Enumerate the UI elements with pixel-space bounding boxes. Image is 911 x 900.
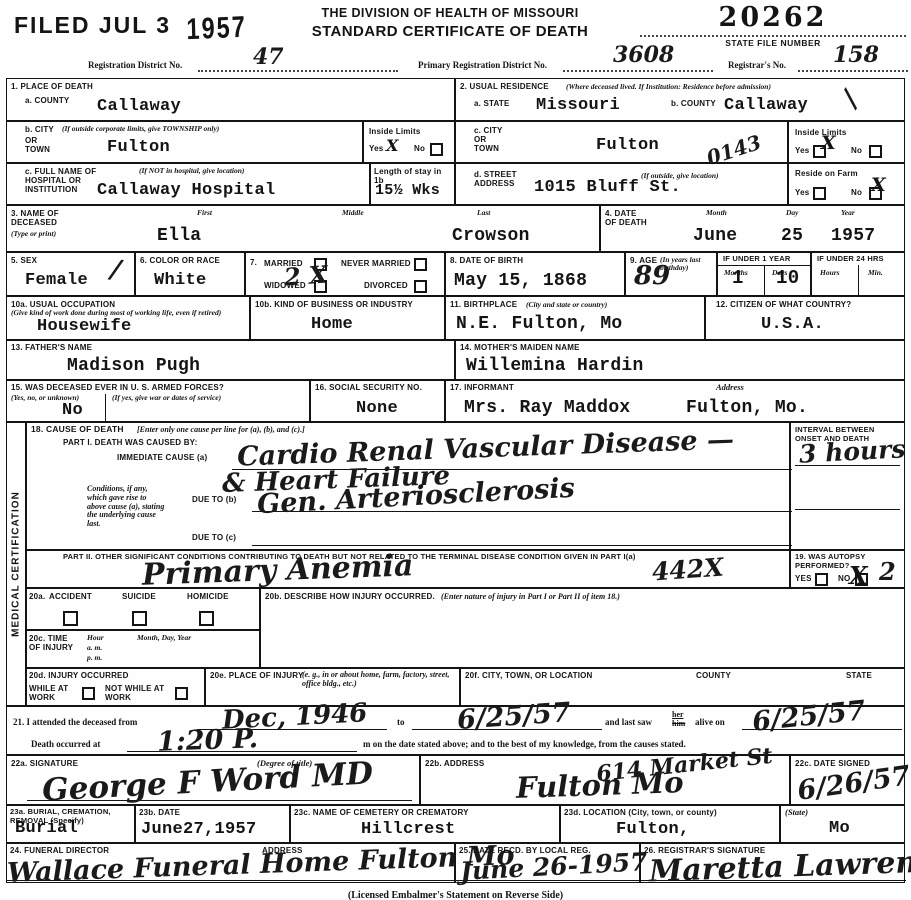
field-20c-time-of-injury: 20c. TIME OF INJURY Hour a. m. p. m. Mon… — [26, 630, 260, 668]
due-to-c-label: DUE TO (c) — [192, 533, 236, 542]
race-title: 6. COLOR OR RACE — [140, 256, 220, 265]
describe-title: 20b. DESCRIBE HOW INJURY OCCURRED. — [265, 592, 435, 601]
field-9-under-1-year: IF UNDER 1 YEAR Months Days 1 10 — [717, 252, 811, 296]
field-20a-manner: 20a. ACCIDENT SUICIDE HOMICIDE — [26, 588, 260, 630]
field-23c-cemetery: 23c. NAME OF CEMETERY OR CREMATORY Hillc… — [290, 805, 560, 843]
primary-district-label: Primary Registration District No. — [418, 60, 547, 70]
under-1-year-label: IF UNDER 1 YEAR — [723, 255, 790, 264]
citizen-value: U.S.A. — [761, 315, 824, 334]
dob-title: 8. DATE OF BIRTH — [450, 256, 523, 265]
homicide-checkbox — [199, 611, 214, 626]
burial-date-value: June27,1957 — [141, 820, 257, 839]
residence-inside-no-checkbox — [869, 145, 882, 158]
field-23d-state: (State) Mo — [780, 805, 905, 843]
homicide-label: HOMICIDE — [187, 592, 229, 601]
field-5-sex: 5. SEX Female / — [6, 252, 135, 296]
residence-inside-yes-label: Yes — [795, 146, 809, 155]
street-label: d. STREET ADDRESS — [474, 170, 524, 188]
field-14-mother: 14. MOTHER'S MAIDEN NAME Willemina Hardi… — [455, 340, 905, 380]
cemetery-value: Hillcrest — [361, 820, 456, 839]
page-title: STANDARD CERTIFICATE OF DEATH — [290, 23, 610, 40]
injury-occurred-title: 20d. INJURY OCCURRED — [29, 671, 129, 680]
autopsy-no-mark: X — [849, 561, 868, 590]
residence-inside-yes-mark: X — [821, 132, 836, 154]
accident-label: ACCIDENT — [49, 592, 92, 601]
divorced-checkbox — [414, 280, 427, 293]
sex-title: 5. SEX — [11, 256, 37, 265]
not-while-at-work-checkbox — [175, 687, 188, 700]
year-label: Year — [841, 209, 855, 217]
field-16-ssn: 16. SOCIAL SECURITY NO. None — [310, 380, 445, 422]
min-label: Min. — [868, 269, 883, 277]
describe-paren: (Enter nature of injury in Part I or Par… — [441, 593, 620, 602]
armed-forces-paren2: (If yes, give war or dates of service) — [112, 394, 221, 402]
inside-limits-yes-label: Yes — [369, 144, 383, 153]
birthplace-value: N.E. Fulton, Mo — [456, 314, 623, 334]
death-occurred-label: Death occurred at — [31, 739, 100, 749]
date-of-death-title: 4. DATE OF DEATH — [605, 209, 647, 227]
first-label: First — [197, 209, 212, 217]
field-8-dob: 8. DATE OF BIRTH May 15, 1868 — [445, 252, 625, 296]
field-25-date-received: 25. DATE RECD. BY LOCAL REG. June 26-195… — [455, 843, 640, 883]
burial-location-value: Fulton, — [616, 820, 690, 839]
dob-value: May 15, 1868 — [454, 271, 587, 291]
farm-yes-checkbox — [813, 187, 826, 200]
age-value: 89 — [634, 261, 670, 291]
part1-label: PART I. DEATH WAS CAUSED BY: — [63, 438, 198, 447]
physician-address-line2-handwriting: Fulton Mo — [515, 765, 684, 805]
cause-title: 18. CAUSE OF DEATH — [31, 425, 124, 435]
middle-label: Middle — [342, 209, 364, 217]
residence-title-paren: (Where deceased lived. If Institution: R… — [566, 83, 856, 91]
burial-state-label: (State) — [785, 808, 808, 817]
field-24-funeral-director: 24. FUNERAL DIRECTOR ADDRESS Wallace Fun… — [6, 843, 455, 883]
attended-to-word: to — [397, 717, 405, 727]
last-label: Last — [477, 209, 490, 217]
death-suffix: m on the date stated above; and to the b… — [363, 739, 686, 749]
city-town-location-label: 20f. CITY, TOWN, OR LOCATION — [465, 671, 593, 680]
burial-state-value: Mo — [829, 819, 850, 838]
death-year-value: 1957 — [831, 226, 875, 246]
informant-address-value: Fulton, Mo. — [686, 398, 808, 418]
sex-value: Female — [25, 271, 88, 290]
sex-slash-mark: / — [109, 254, 123, 285]
cause-title-paren: [Enter only one cause per line for (a), … — [137, 426, 305, 435]
field-22a-signature: 22a. SIGNATURE (Degree of title) George … — [6, 755, 420, 805]
farm-no-mark: X — [871, 174, 886, 196]
field-2d-street: d. STREET ADDRESS (If outside, give loca… — [455, 163, 788, 205]
race-value: White — [154, 271, 207, 290]
industry-title: 10b. KIND OF BUSINESS OR INDUSTRY — [255, 300, 413, 309]
informant-value: Mrs. Ray Maddox — [464, 398, 631, 418]
field-26-registrar-signature: 26. REGISTRAR'S SIGNATURE Maretta Lawren… — [640, 843, 905, 883]
field-2d-farm: Reside on Farm Yes No X — [788, 163, 905, 205]
signature-title: 22a. SIGNATURE — [11, 759, 78, 768]
am-label: a. m. — [87, 644, 102, 652]
armed-forces-value: No — [62, 401, 83, 420]
physician-address-title: 22b. ADDRESS — [425, 759, 484, 768]
autopsy-yes-checkbox — [815, 573, 828, 586]
field-11-birthplace: 11. BIRTHPLACE (City and state or countr… — [445, 296, 705, 340]
name-title: 3. NAME OF DECEASED — [11, 209, 81, 227]
field-12-citizen: 12. CITIZEN OF WHAT COUNTRY? U.S.A. — [705, 296, 905, 340]
burial-location-title: 23d. LOCATION (City, town, or county) — [564, 808, 717, 817]
field-1a-county: 1. PLACE OF DEATH a. COUNTY Callaway — [6, 78, 455, 121]
attended-to-handwriting: 6/25/57 — [456, 697, 572, 736]
field-6-race: 6. COLOR OR RACE White — [135, 252, 245, 296]
last-name-value: Crowson — [452, 226, 530, 246]
field-1b-inside-limits: Inside Limits Yes X No — [363, 121, 455, 163]
field-20d-injury-occurred: 20d. INJURY OCCURRED WHILE AT WORK NOT W… — [26, 668, 205, 706]
informant-address-label: Address — [716, 383, 744, 392]
field-20b-describe: 20b. DESCRIBE HOW INJURY OCCURRED. (Ente… — [260, 588, 905, 668]
field-9-under-24-hrs: IF UNDER 24 HRS Hours Min. — [811, 252, 905, 296]
registrar-label: Registrar's No. — [728, 60, 786, 70]
field-18-interval: INTERVAL BETWEEN ONSET AND DEATH 3 hours — [790, 422, 905, 550]
field-23b-date: 23b. DATE June27,1957 — [135, 805, 290, 843]
field-1c-hospital: c. FULL NAME OF HOSPITAL OR INSTITUTION … — [6, 163, 370, 205]
county-label: a. COUNTY — [25, 96, 69, 105]
farm-label: Reside on Farm — [795, 169, 858, 178]
hospital-value: Callaway Hospital — [97, 181, 276, 200]
form-title-block: THE DIVISION OF HEALTH OF MISSOURI STAND… — [290, 6, 610, 40]
city-label: b. CITY — [25, 125, 54, 134]
place-of-death-title: 1. PLACE OF DEATH — [11, 82, 93, 91]
filed-stamp-year: 1957 — [186, 9, 247, 47]
filed-stamp-text: FILED JUL 3 — [14, 12, 171, 38]
field-7-marital: 7. MARRIED NEVER MARRIED WIDOWED DIVORCE… — [245, 252, 445, 296]
or-town-label: OR TOWN — [25, 136, 51, 154]
autopsy-yes-label: YES — [795, 574, 812, 583]
farm-yes-label: Yes — [795, 188, 809, 197]
not-while-at-work-label: NOT WHILE AT WORK — [105, 684, 165, 702]
divorced-label: DIVORCED — [364, 281, 408, 290]
day-label: Day — [786, 209, 799, 217]
while-at-work-checkbox — [82, 687, 95, 700]
division-line: THE DIVISION OF HEALTH OF MISSOURI — [290, 6, 610, 20]
days-value: 10 — [776, 267, 799, 289]
never-married-label: NEVER MARRIED — [341, 259, 411, 268]
field-3-name: 3. NAME OF DECEASED (Type or print) Firs… — [6, 205, 600, 252]
accident-checkbox — [63, 611, 78, 626]
industry-value: Home — [311, 315, 353, 334]
autopsy-handwriting: 2 — [879, 557, 896, 586]
field-10b-industry: 10b. KIND OF BUSINESS OR INDUSTRY Home — [250, 296, 445, 340]
field-18-part2: PART II. OTHER SIGNIFICANT CONDITIONS CO… — [26, 550, 790, 588]
citizen-title: 12. CITIZEN OF WHAT COUNTRY? — [716, 300, 851, 309]
mother-value: Willemina Hardin — [466, 356, 644, 376]
footer-note: (Licensed Embalmer's Statement on Revers… — [0, 885, 911, 900]
mother-title: 14. MOTHER'S MAIDEN NAME — [460, 343, 580, 352]
registrar-value: 158 — [833, 42, 879, 68]
hours-label: Hours — [820, 269, 840, 277]
inside-limits-label: Inside Limits — [369, 127, 421, 136]
residence-state-value: Missouri — [536, 96, 620, 115]
field-10a-occupation: 10a. USUAL OCCUPATION (Give kind of work… — [6, 296, 250, 340]
father-title: 13. FATHER'S NAME — [11, 343, 92, 352]
filed-stamp: FILED JUL 3 1957 — [14, 12, 245, 39]
field-19-autopsy: 19. WAS AUTOPSY PERFORMED? YES NO X 2 — [790, 550, 905, 588]
burial-value: Burial — [15, 819, 78, 838]
months-value: 1 — [732, 267, 744, 289]
registration-line: Registration District No. 47 Primary Reg… — [88, 52, 908, 76]
residence-city-value: Fulton — [596, 136, 659, 155]
reg-district-value: 47 — [253, 44, 284, 70]
primary-district-value: 3608 — [613, 42, 674, 68]
immediate-cause-label: IMMEDIATE CAUSE (a) — [117, 453, 207, 462]
residence-state-label: a. STATE — [474, 99, 510, 108]
birthplace-title: 11. BIRTHPLACE — [450, 300, 517, 309]
armed-forces-title: 15. WAS DECEASED EVER IN U. S. ARMED FOR… — [11, 383, 224, 392]
cemetery-title: 23c. NAME OF CEMETERY OR CREMATORY — [294, 808, 469, 817]
field-4-date-of-death: 4. DATE OF DEATH Month Day Year June 25 … — [600, 205, 905, 252]
residence-city-label: c. CITY OR TOWN — [474, 126, 504, 154]
county-value: Callaway — [97, 97, 181, 116]
first-name-value: Ella — [157, 226, 201, 246]
hospital-paren: (If NOT in hospital, give location) — [139, 167, 244, 175]
field-1b-city: b. CITY (If outside corporate limits, gi… — [6, 121, 363, 163]
name-title-paren: (Type or print) — [11, 230, 56, 238]
residence-county-value: Callaway — [724, 96, 808, 115]
while-at-work-label: WHILE AT WORK — [29, 684, 77, 702]
under-24-hrs-label: IF UNDER 24 HRS — [817, 255, 884, 264]
ssn-title: 16. SOCIAL SECURITY NO. — [315, 383, 422, 392]
pm-label: p. m. — [87, 654, 102, 662]
him-label: him — [672, 719, 685, 728]
inside-limits-yes-mark: X — [386, 136, 398, 155]
death-day-value: 25 — [781, 226, 803, 246]
residence-inside-no-label: No — [851, 146, 862, 155]
place-of-injury-paren: (e. g., in or about home, farm, factory,… — [302, 671, 457, 689]
field-22c-date-signed: 22c. DATE SIGNED 6/26/57 — [790, 755, 905, 805]
stay-value: 15½ Wks — [375, 182, 440, 199]
marital-handwriting: 2 X — [283, 260, 329, 292]
field-22b-address: 22b. ADDRESS 614 Market St Fulton Mo — [420, 755, 790, 805]
part2-code-handwriting: 442X — [651, 553, 724, 587]
her-label: her — [672, 710, 684, 719]
death-time-handwriting: 1:20 P. — [156, 723, 258, 758]
suicide-checkbox — [132, 611, 147, 626]
field-18-cause-of-death: 18. CAUSE OF DEATH [Enter only one cause… — [26, 422, 790, 550]
field-1c-stay: Length of stay in 1b 15½ Wks — [370, 163, 455, 205]
field-15-armed-forces: 15. WAS DECEASED EVER IN U. S. ARMED FOR… — [6, 380, 310, 422]
field-2c-city: c. CITY OR TOWN Fulton 0143 — [455, 121, 788, 163]
last-saw-label: and last saw — [605, 717, 652, 727]
residence-county-label: b. COUNTY — [671, 99, 716, 108]
farm-no-label: No — [851, 188, 862, 197]
place-of-injury-title: 20e. PLACE OF INJURY — [210, 671, 304, 680]
residence-title: 2. USUAL RESIDENCE — [460, 82, 549, 91]
informant-title: 17. INFORMANT — [450, 383, 514, 392]
medical-certification-strip: MEDICAL CERTIFICATION — [6, 422, 26, 706]
father-value: Madison Pugh — [67, 356, 200, 376]
manner-num: 20a. — [29, 592, 45, 601]
state-file-number: 20262 — [640, 2, 906, 33]
occupation-value: Housewife — [37, 317, 132, 336]
medical-certification-label: MEDICAL CERTIFICATION — [11, 491, 22, 637]
field-2ab-residence: 2. USUAL RESIDENCE (Where deceased lived… — [455, 78, 905, 121]
interval-value-handwriting: 3 hours — [798, 434, 906, 469]
county-header-label: COUNTY — [696, 671, 731, 680]
conditions-note: Conditions, if any, which gave rise to a… — [87, 485, 165, 529]
ssn-value: None — [356, 399, 398, 418]
field-9-age: 9. AGE (In years last birthday) 89 — [625, 252, 717, 296]
birthplace-paren: (City and state or country) — [526, 301, 607, 309]
field-2c-inside-limits: Inside Limits Yes X No — [788, 121, 905, 163]
alive-on-label: alive on — [695, 717, 725, 727]
death-certificate-scan: FILED JUL 3 1957 THE DIVISION OF HEALTH … — [0, 0, 911, 900]
inside-limits-no-checkbox — [430, 143, 443, 156]
street-value: 1015 Bluff St. — [534, 178, 681, 197]
death-month-value: June — [693, 226, 737, 246]
inside-limits-no-label: No — [414, 144, 425, 153]
city-value: Fulton — [107, 138, 170, 157]
time-of-injury-title: 20c. TIME OF INJURY — [29, 634, 79, 652]
month-day-year-label: Month, Day, Year — [137, 634, 191, 642]
field-23a-burial: 23a. BURIAL, CREMATION, REMOVAL (Specify… — [6, 805, 135, 843]
burial-date-title: 23b. DATE — [139, 808, 180, 817]
field-17-informant: 17. INFORMANT Address Mrs. Ray Maddox Fu… — [445, 380, 905, 422]
never-married-checkbox — [414, 258, 427, 271]
marital-num: 7. — [250, 258, 257, 267]
attended-prefix: 21. I attended the deceased from — [13, 717, 137, 727]
embalmer-note: (Licensed Embalmer's Statement on Revers… — [348, 890, 563, 900]
city-paren: (If outside corporate limits, give TOWNS… — [62, 125, 219, 133]
state-header-label: STATE — [846, 671, 872, 680]
suicide-label: SUICIDE — [122, 592, 156, 601]
due-to-b-label: DUE TO (b) — [192, 495, 237, 504]
reg-district-label: Registration District No. — [88, 60, 182, 70]
hour-label: Hour — [87, 634, 104, 642]
field-23d-location: 23d. LOCATION (City, town, or county) Fu… — [560, 805, 780, 843]
field-13-father: 13. FATHER'S NAME Madison Pugh — [6, 340, 455, 380]
month-label: Month — [706, 209, 727, 217]
occupation-paren: (Give kind of work done during most of w… — [11, 309, 241, 317]
